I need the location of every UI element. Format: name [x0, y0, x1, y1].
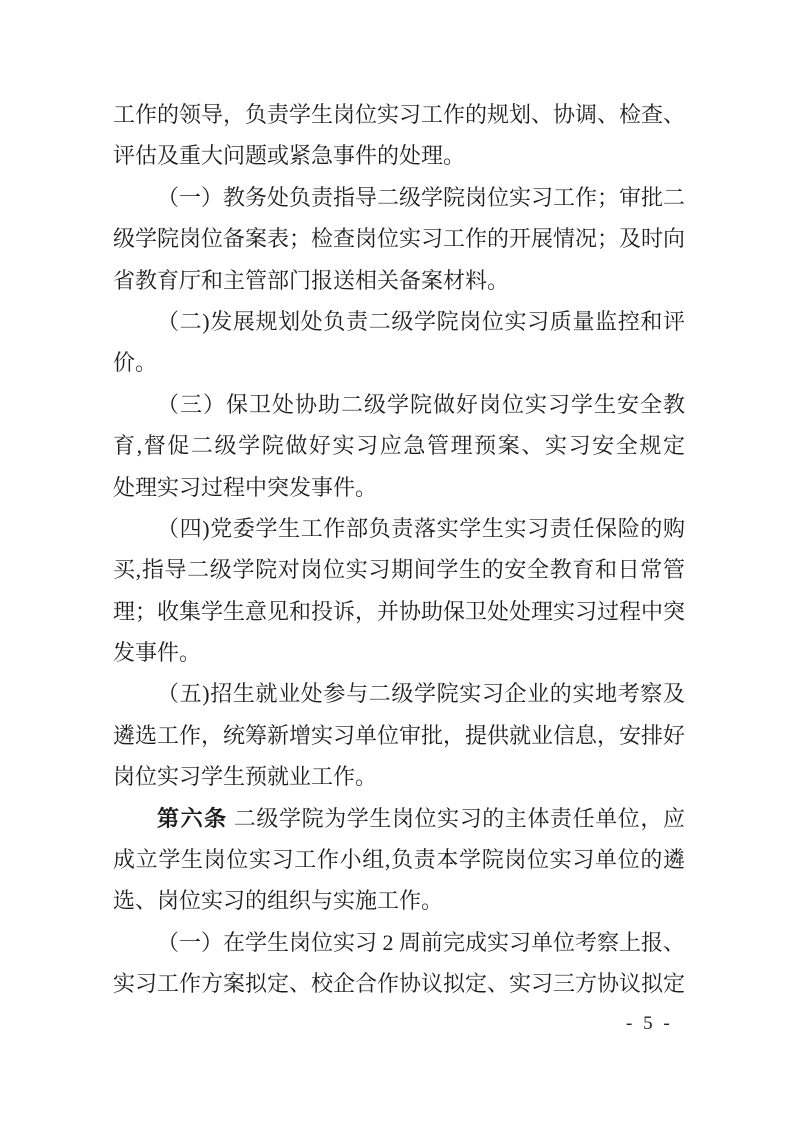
- text-line: （三）保卫处协助二级学院做好岗位实习学生安全教: [113, 384, 685, 425]
- text-line: 理；收集学生意见和投诉，并协助保卫处处理实习过程中突: [113, 591, 685, 632]
- text-line: 成立学生岗位实习工作小组,负责本学院岗位实习单位的遴: [113, 839, 685, 880]
- text-line: 育,督促二级学院做好实习应急管理预案、实习安全规定等，: [113, 425, 685, 466]
- text-line: （四)党委学生工作部负责落实学生实习责任保险的购: [113, 508, 685, 549]
- document-body: 工作的领导，负责学生岗位实习工作的规划、协调、检查、评估及重大问题或紧急事件的处…: [113, 94, 685, 1005]
- text-line: 岗位实习学生预就业工作。: [113, 756, 685, 797]
- text-line: 评估及重大问题或紧急事件的处理。: [113, 135, 685, 176]
- text-line: 价。: [113, 342, 685, 383]
- text-line: （二)发展规划处负责二级学院岗位实习质量监控和评: [113, 301, 685, 342]
- text-line: （五)招生就业处参与二级学院实习企业的实地考察及: [113, 673, 685, 714]
- text-line: 省教育厅和主管部门报送相关备案材料。: [113, 260, 685, 301]
- text-line: 选、岗位实习的组织与实施工作。: [113, 880, 685, 921]
- text-line: 实习工作方案拟定、校企合作协议拟定、实习三方协议拟定: [113, 963, 685, 1004]
- text-line: （一）教务处负责指导二级学院岗位实习工作；审批二: [113, 177, 685, 218]
- text-line: 级学院岗位备案表；检查岗位实习工作的开展情况；及时向: [113, 218, 685, 259]
- article-heading: 第六条: [157, 806, 228, 831]
- text-line: 遴选工作，统筹新增实习单位审批，提供就业信息，安排好: [113, 715, 685, 756]
- text-line: 处理实习过程中突发事件。: [113, 467, 685, 508]
- text-line: 发事件。: [113, 632, 685, 673]
- text-line: 买,指导二级学院对岗位实习期间学生的安全教育和日常管: [113, 549, 685, 590]
- text-line: 工作的领导，负责学生岗位实习工作的规划、协调、检查、: [113, 94, 685, 135]
- text-line: 第六条 二级学院为学生岗位实习的主体责任单位，应: [113, 798, 685, 839]
- document-page: 工作的领导，负责学生岗位实习工作的规划、协调、检查、评估及重大问题或紧急事件的处…: [0, 0, 793, 1122]
- text-line: （一）在学生岗位实习 2 周前完成实习单位考察上报、: [113, 922, 685, 963]
- page-number: - 5 -: [626, 1013, 673, 1035]
